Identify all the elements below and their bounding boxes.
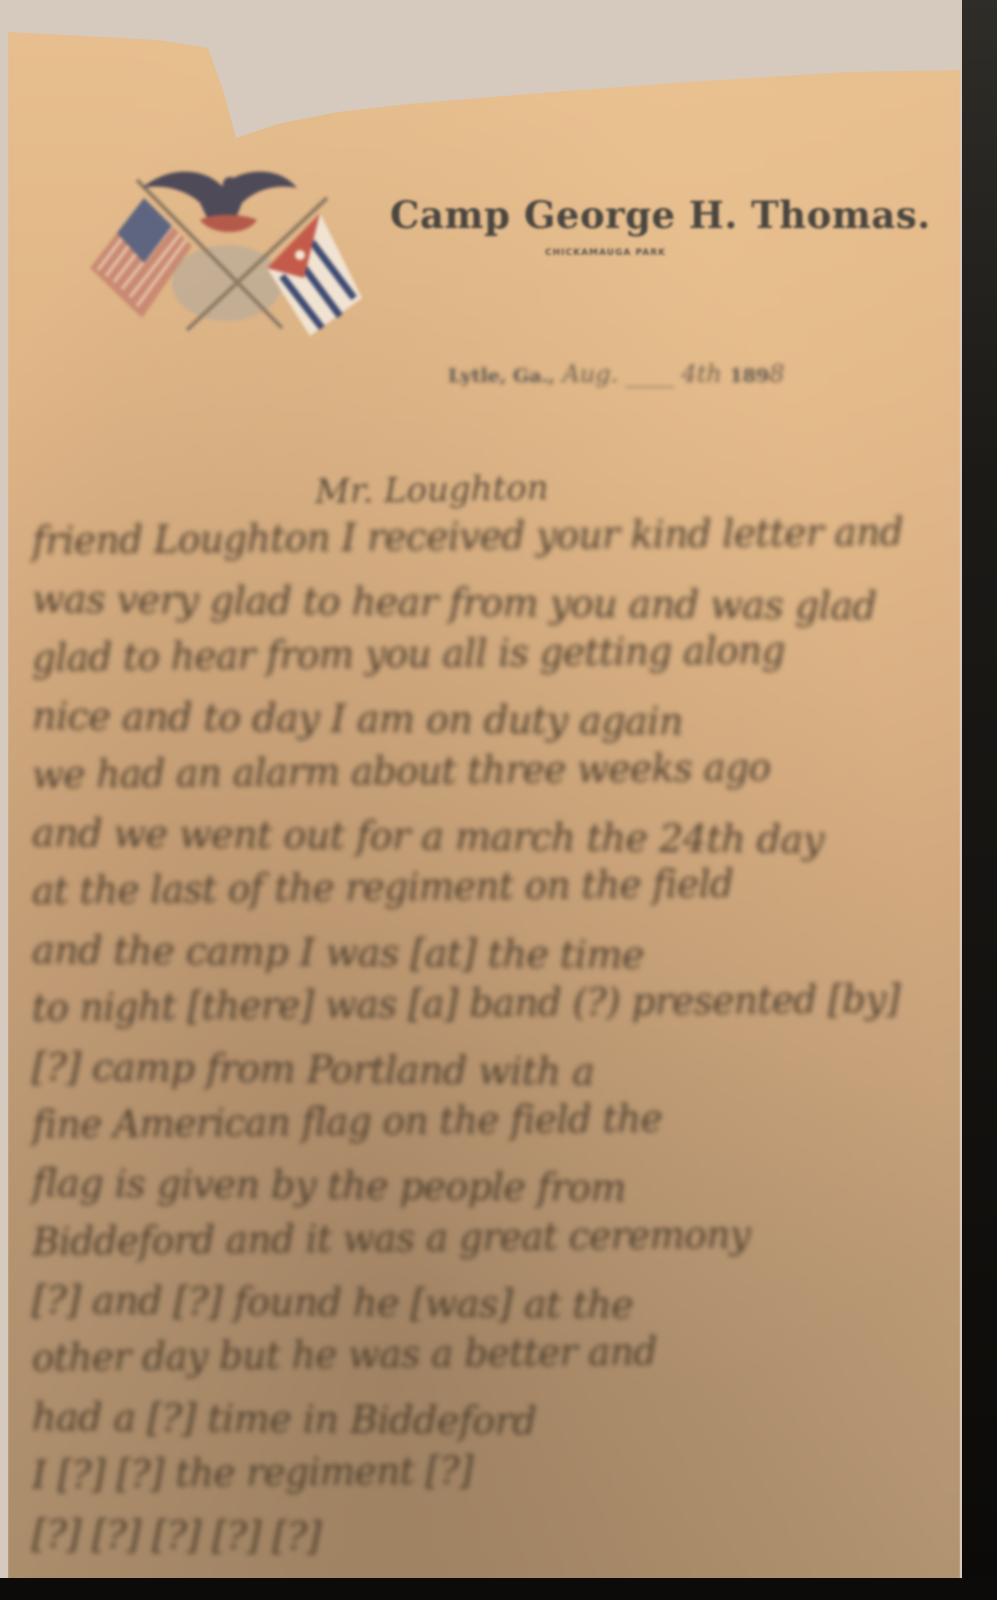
body-line: friend Loughton I received your kind let…: [32, 503, 934, 571]
dateline: Lytle, Ga., Aug. ____ 4th 1898: [448, 360, 948, 388]
body-line: to night [there] was [a] band (?) presen…: [32, 970, 934, 1038]
body-line: glad to hear from you all is getting alo…: [32, 619, 934, 687]
dateline-date: Aug. ____ 4th: [562, 360, 721, 388]
body-line: fine American flag on the field the: [32, 1086, 934, 1154]
letterhead-vignette: [82, 158, 367, 338]
dateline-year-digit: 8: [769, 360, 784, 388]
salutation: Mr. Loughton: [315, 468, 549, 512]
body-line: I [?] [?] the regiment [?]: [32, 1437, 934, 1505]
cuban-flag-icon: [267, 213, 362, 336]
letterhead-subtitle: CHICKAMAUGA PARK: [545, 248, 666, 258]
picture-frame-bottom: [0, 1578, 997, 1600]
body-line: [?] [?] [?] [?] [?]: [32, 1505, 952, 1571]
letter-body: friend Loughton I received your kind let…: [32, 512, 952, 1563]
body-line: other day but he was a better and: [32, 1320, 934, 1388]
dateline-year-printed: 189: [730, 365, 770, 387]
us-flag-icon: [90, 198, 192, 318]
body-line: at the last of the regiment on the field: [32, 853, 934, 921]
body-line: Biddeford and it was a great ceremony: [32, 1203, 934, 1271]
picture-frame-right: [962, 0, 997, 1600]
body-line: we had an alarm about three weeks ago: [32, 736, 934, 804]
dateline-place: Lytle, Ga.,: [448, 365, 555, 387]
letterhead-title: Camp George H. Thomas.: [390, 193, 930, 237]
